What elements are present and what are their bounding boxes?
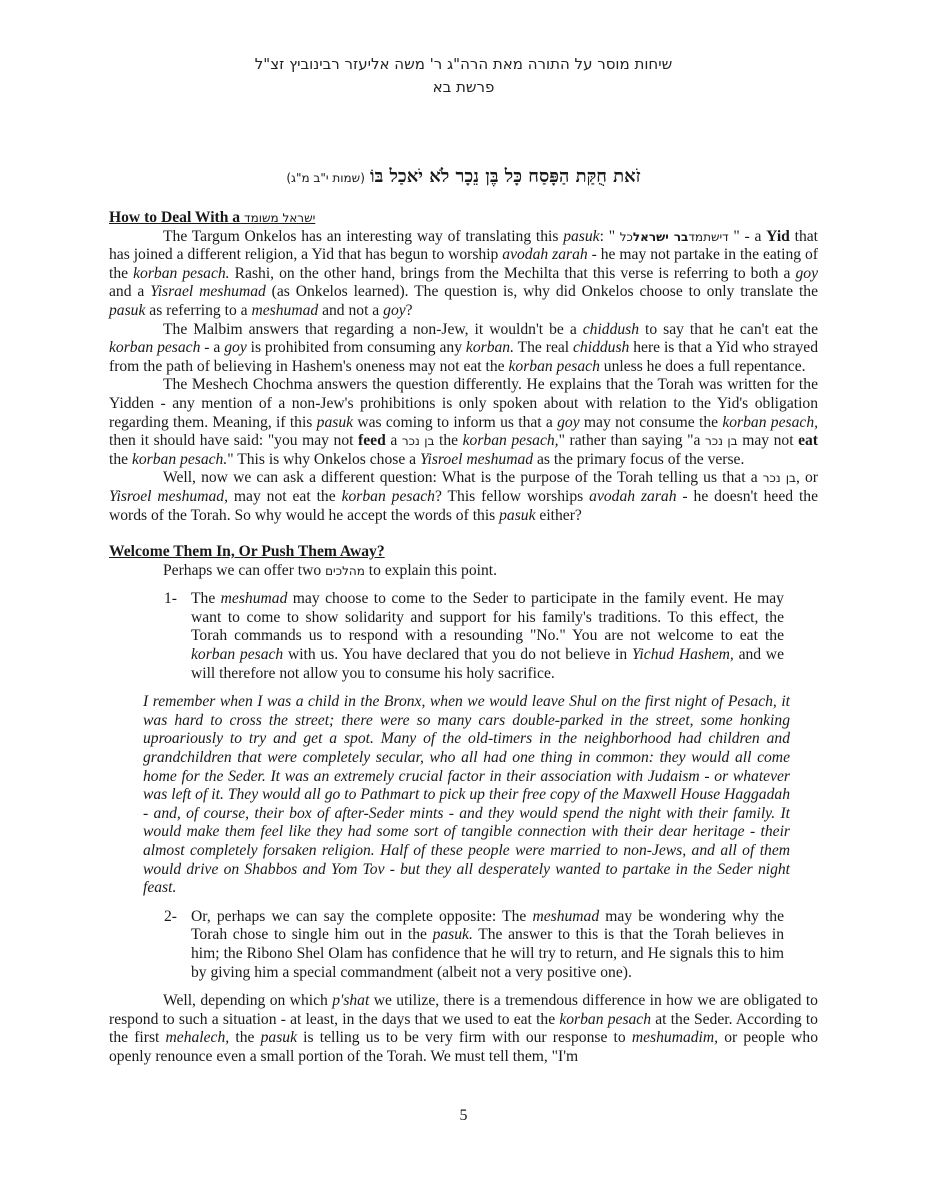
heading-english: How to Deal With a (109, 209, 240, 226)
paragraph-intro: Perhaps we can offer two מהלכים to expla… (109, 562, 818, 581)
verse-source: (שמות י"ב מ"ג) (286, 171, 365, 185)
document-body: How to Deal With a ישראל משומד The Targu… (109, 209, 818, 1067)
paragraph-question: Well, now we can ask a different questio… (109, 469, 818, 525)
running-header-author: שיחות מוסר על התורה מאת הרה"ג ר' משה אלי… (0, 55, 927, 73)
verse-title: זֹאת חֻקַּת הַפָּסַח כָּל בֶּן נֵכָר לֹא… (0, 166, 927, 187)
list-number: 2- (164, 908, 191, 982)
verse-text: זֹאת חֻקַּת הַפָּסַח כָּל בֶּן נֵכָר לֹא… (370, 166, 641, 187)
anecdote-quote: I remember when I was a child in the Bro… (143, 693, 790, 898)
document-page: שיחות מוסר על התורה מאת הרה"ג ר' משה אלי… (0, 0, 927, 1200)
section-heading-2: Welcome Them In, Or Push Them Away? (109, 543, 818, 562)
list-text: The meshumad may choose to come to the S… (191, 590, 784, 683)
paragraph-malbim: The Malbim answers that regarding a non-… (109, 321, 818, 377)
list-number: 1- (164, 590, 191, 683)
section-heading-1: How to Deal With a ישראל משומד (109, 209, 818, 228)
heading-hebrew: ישראל משומד (244, 211, 315, 225)
paragraph-conclusion: Well, depending on which p'shat we utili… (109, 992, 818, 1066)
paragraph-targum: The Targum Onkelos has an interesting wa… (109, 228, 818, 321)
paragraph-meshech-chochma: The Meshech Chochma answers the question… (109, 376, 818, 469)
list-item-2: 2- Or, perhaps we can say the complete o… (164, 908, 784, 982)
running-header-parsha: פרשת בא (0, 78, 927, 96)
list-item-1: 1- The meshumad may choose to come to th… (164, 590, 784, 683)
page-number: 5 (0, 1107, 927, 1125)
list-text: Or, perhaps we can say the complete oppo… (191, 908, 784, 982)
